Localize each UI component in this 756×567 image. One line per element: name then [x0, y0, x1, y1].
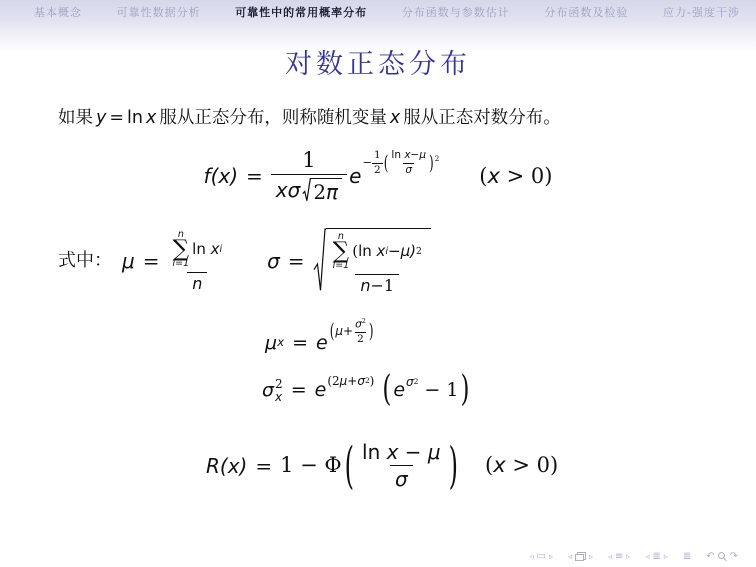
intro-t1: 如果	[58, 108, 93, 128]
var-e2-sq: 2	[414, 378, 419, 385]
pdf-sqrt: 2π	[302, 178, 342, 202]
var-exp-body: μ+σ	[340, 375, 365, 387]
mean-exp-rparen: )	[369, 322, 374, 341]
mean-eq: =	[292, 334, 308, 353]
var-big-rparen: )	[460, 373, 469, 409]
next-subsection-icon[interactable]: ▹	[626, 552, 630, 561]
mean-exp-frac: σ2 2	[353, 318, 368, 345]
var-exponent: (2μ+σ2)	[327, 375, 374, 387]
var-sigma: σ	[262, 381, 274, 400]
slide: 基本概念 可靠性数据分析 可靠性中的常用概率分布 分布函数与参数估计 分布函数及…	[0, 0, 756, 567]
mean-exponent: ( μ+ σ2 2 )	[329, 318, 375, 345]
rel-fraction: ln x − μ σ	[357, 442, 446, 489]
prev-frame-icon[interactable]: ◃	[568, 552, 572, 561]
pdf-numerator: 1	[297, 150, 320, 174]
mean-e: e	[316, 334, 328, 353]
params-den2-n: n	[360, 278, 370, 294]
pdf-exp-innerfrac: ln x−μ σ	[389, 150, 428, 175]
params-square: 2	[416, 247, 422, 256]
pdf-rad-2: 2	[313, 182, 326, 202]
nav-item-reliability-data-analysis[interactable]: 可靠性数据分析	[117, 4, 201, 20]
pdf-e: e	[349, 166, 361, 186]
mean-exp-lparen: (	[330, 322, 335, 341]
nav-item-common-probability-distributions[interactable]: 可靠性中的常用概率分布	[235, 4, 367, 20]
page-title: 对数正态分布	[0, 42, 756, 81]
cond-rest: > 0)	[507, 164, 553, 188]
params-den1: n	[187, 272, 207, 292]
pdf-exp-lparen: (	[384, 153, 389, 172]
pdf-equals: =	[246, 166, 263, 186]
history-nav-group[interactable]: ↶ ↷	[706, 551, 738, 562]
radical-sign-icon	[313, 228, 326, 294]
var-big-lparen: (	[382, 373, 391, 409]
prev-section-icon[interactable]: ◃	[645, 552, 649, 561]
formula-pdf: f(x) = 1 xσ 2π e − 1 2 ( ln x	[0, 150, 756, 202]
prev-subsection-icon[interactable]: ◃	[608, 552, 612, 561]
rel-pre: 1 − Φ	[280, 455, 342, 476]
params-sqrt: n ∑ i=1 (ln xi−μ)2 n−1	[313, 228, 431, 294]
mean-exp-pre: μ+	[335, 325, 353, 337]
rel-big-lparen: (	[345, 441, 354, 490]
params-eq1: =	[143, 251, 160, 271]
formula-variance: σ 2 x = e (2μ+σ2) ( e σ2 − 1 )	[262, 378, 471, 403]
var-e2-sigma: σ	[406, 376, 414, 388]
formula-parameters: 式中： μ = n ∑ i=1 ln xi n σ =	[58, 228, 431, 294]
var-supsub: 2 x	[275, 378, 283, 403]
section-lines-icon[interactable]: ≣	[652, 551, 660, 562]
cond-x: x	[487, 164, 499, 188]
pdf-inner-den: σ	[403, 163, 414, 176]
var-sub-x: x	[275, 391, 282, 403]
frames-icon[interactable]	[575, 552, 586, 561]
nav-bar: 基本概念 可靠性数据分析 可靠性中的常用概率分布 分布函数与参数估计 分布函数及…	[34, 4, 740, 20]
formula-mean: μx = e ( μ+ σ2 2 )	[265, 330, 375, 357]
pdf-exp-rparen: )	[429, 153, 434, 172]
rel-ln: ln	[362, 442, 380, 462]
slide-box-icon[interactable]: ▭	[536, 551, 545, 562]
navigation-symbols: ◃ ▭ ▹ ◃ ▹ ◃ ≡ ▹ ◃ ≣ ▹ ≣ ↶ ↷	[529, 551, 738, 562]
appendix-nav-group[interactable]: ≣	[683, 551, 691, 562]
frame-nav-group[interactable]: ◃ ▹	[568, 552, 593, 561]
params-arg2: x	[377, 244, 386, 259]
mean-mu: μ	[265, 334, 277, 353]
var-exp-rparen: )	[370, 375, 375, 387]
intro-var-x1: x	[146, 108, 156, 128]
formula-reliability: R(x) = 1 − Φ ( ln x − μ σ ) (x > 0)	[206, 442, 558, 489]
intro-t2: 服从正态分布，则称随机变量	[159, 108, 387, 128]
rel-eq: =	[255, 456, 272, 476]
cond-x: x	[493, 453, 505, 477]
params-ln1: ln	[192, 242, 206, 257]
intro-var-x2: x	[390, 108, 400, 128]
sum-lower: i=1	[333, 261, 350, 271]
intro-text: 如果y=lnx服从正态分布，则称随机变量x服从正态对数分布。	[58, 105, 716, 131]
next-frame-icon[interactable]: ▹	[589, 552, 593, 561]
radical-sign-icon	[302, 178, 311, 202]
pdf-exp-minus: −	[362, 157, 372, 169]
pdf-inner-num: x−μ	[404, 149, 426, 161]
params-eq2: =	[288, 251, 305, 271]
back-arrow-icon[interactable]: ↶	[706, 551, 714, 562]
search-icon[interactable]	[718, 552, 727, 561]
pdf-half-den: 2	[372, 163, 383, 176]
params-den2-rest: −1	[371, 278, 395, 294]
intro-var-y: y	[96, 108, 106, 128]
subsection-nav-group[interactable]: ◃ ≡ ▹	[608, 551, 630, 562]
intro-ln: ln	[127, 108, 143, 128]
cond-rest: > 0)	[512, 453, 558, 477]
var-tail: − 1	[424, 381, 458, 400]
intro-eq: =	[109, 108, 124, 128]
appendix-lines-icon[interactable]: ≣	[683, 551, 691, 562]
nav-item-basic-concepts[interactable]: 基本概念	[34, 4, 82, 20]
next-section-icon[interactable]: ▹	[664, 552, 668, 561]
pdf-exp-half: 1 2	[372, 150, 383, 175]
nav-item-distribution-parameter-estimation[interactable]: 分布函数与参数估计	[402, 4, 510, 20]
nav-item-distribution-testing[interactable]: 分布函数及检验	[544, 4, 628, 20]
params-sigma-fraction: n ∑ i=1 (ln xi−μ)2 n−1	[328, 232, 427, 294]
params-arg1: x	[211, 242, 220, 257]
sum-lower: i=1	[173, 259, 190, 269]
pdf-lhs: f(x)	[204, 166, 238, 186]
nav-item-stress-strength-interference[interactable]: 应力-强度干涉	[663, 4, 740, 20]
section-nav-group[interactable]: ◃ ≣ ▹	[645, 551, 667, 562]
params-mu-fraction: n ∑ i=1 ln xi n	[168, 230, 228, 292]
intro-t3: 服从正态对数分布。	[403, 108, 561, 128]
pdf-condition: (x > 0)	[479, 166, 552, 187]
sigma-sum-icon: ∑	[333, 242, 349, 262]
pdf-exponent: − 1 2 ( ln x−μ σ ) 2	[362, 150, 439, 175]
rel-lhs: R(x)	[206, 456, 247, 476]
slide-nav-group[interactable]: ◃ ▭ ▹	[529, 551, 552, 562]
var-e2: e	[393, 381, 405, 400]
params-close: −μ)	[388, 244, 416, 259]
params-sigma: σ	[267, 251, 280, 271]
pdf-den-vars: xσ	[276, 180, 301, 200]
next-slide-icon[interactable]: ▹	[549, 552, 553, 561]
rel-num: x − μ	[387, 442, 441, 462]
rel-condition: (x > 0)	[485, 455, 558, 476]
var-sup-2: 2	[275, 378, 283, 390]
cond-lparen: (	[485, 453, 493, 477]
sum-symbol: n ∑ i=1	[333, 232, 350, 271]
mean-frac-sigma: σ	[355, 319, 362, 331]
forward-arrow-icon[interactable]: ↷	[730, 551, 738, 562]
params-sub1: i	[220, 245, 223, 254]
subsection-lines-icon[interactable]: ≡	[615, 551, 623, 562]
pdf-rad-pi: π	[326, 182, 338, 202]
sigma-sum-icon: ∑	[173, 240, 189, 260]
rel-big-rparen: )	[449, 441, 458, 490]
params-mu: μ	[122, 251, 135, 271]
mean-frac-den: 2	[355, 332, 366, 345]
var-exp-2: 2	[332, 375, 340, 387]
mean-sub-x: x	[277, 337, 284, 349]
pdf-fraction: 1 xσ 2π	[271, 150, 347, 202]
var-eq: =	[291, 381, 307, 400]
rel-den: σ	[390, 465, 413, 489]
pdf-inner-ln: ln	[391, 149, 401, 161]
mean-frac-sq: 2	[362, 317, 366, 325]
var-e: e	[315, 381, 327, 400]
pdf-exp-square: 2	[435, 155, 440, 162]
params-ln2: ln	[358, 244, 372, 259]
var-e2-exponent: σ2	[406, 376, 418, 388]
prev-slide-icon[interactable]: ◃	[529, 552, 533, 561]
sum-symbol: n ∑ i=1	[173, 230, 190, 269]
params-label: 式中：	[58, 252, 112, 270]
pdf-half-num: 1	[372, 150, 383, 162]
